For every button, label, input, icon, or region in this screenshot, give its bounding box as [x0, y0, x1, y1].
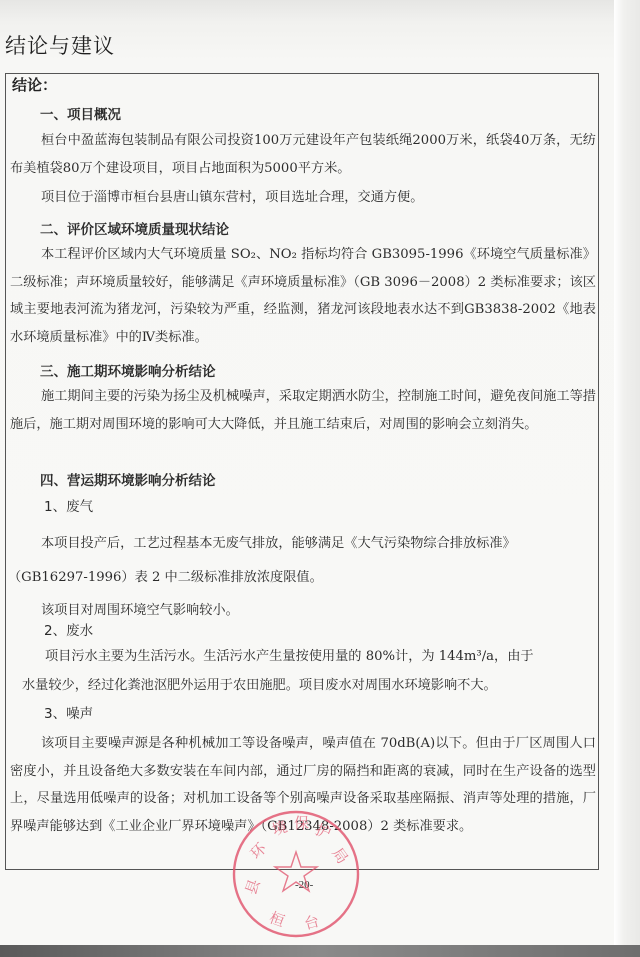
paragraph-waste-water-1: 项目污水主要为生活污水。生活污水产生量按使用量的 80%计，为 144m³/a，…	[14, 643, 600, 671]
box-title: 结论：	[12, 74, 57, 95]
scan-bottom-band	[0, 945, 640, 957]
paragraph-noise: 该项目主要噪声源是各种机械加工等设备噪声，噪声值在 70dB(A)以下。但由于厂…	[10, 730, 596, 840]
subsection-title-noise: 3、噪声	[44, 702, 93, 722]
paragraph-waste-gas-1: 本项目投产后，工艺过程基本无废气排放，能够满足《大气污染物综合排放标准》	[10, 530, 596, 558]
paragraph-project-location: 项目位于淄博市桓台县唐山镇东营村，项目选址合理，交通方便。	[10, 184, 596, 212]
paragraph-project-overview: 桓台中盈蓝海包装制品有限公司投资100万元建设年产包装纸绳2000万米，纸袋40…	[10, 127, 596, 182]
paragraph-waste-gas-3: 该项目对周围环境空气影响较小。	[10, 597, 596, 625]
page-number: -20-	[295, 879, 313, 891]
paragraph-construction: 施工期间主要的污染为扬尘及机械噪声，采取定期洒水防尘，控制施工时间，避免夜间施工…	[10, 383, 596, 438]
section-title-project-overview: 一、项目概况	[40, 103, 121, 123]
paragraph-waste-gas-2: （GB16297-1996）表 2 中二级标准排放浓度限值。	[8, 564, 594, 592]
section-title-construction: 三、施工期环境影响分析结论	[40, 360, 216, 380]
page-edge	[614, 0, 640, 945]
section-title-operation: 四、营运期环境影响分析结论	[40, 469, 216, 489]
paragraph-waste-water-2: 水量较少，经过化粪池沤肥外运用于农田施肥。项目废水对周围水环境影响不大。	[22, 672, 608, 700]
subsection-title-waste-water: 2、废水	[44, 619, 93, 639]
subsection-title-waste-gas: 1、废气	[44, 495, 93, 515]
paragraph-env-quality: 本工程评价区域内大气环境质量 SO₂、NO₂ 指标均符合 GB3095-1996…	[10, 241, 596, 351]
section-title-env-quality: 二、评价区域环境质量现状结论	[40, 218, 229, 238]
page-heading: 结论与建议	[5, 30, 115, 60]
